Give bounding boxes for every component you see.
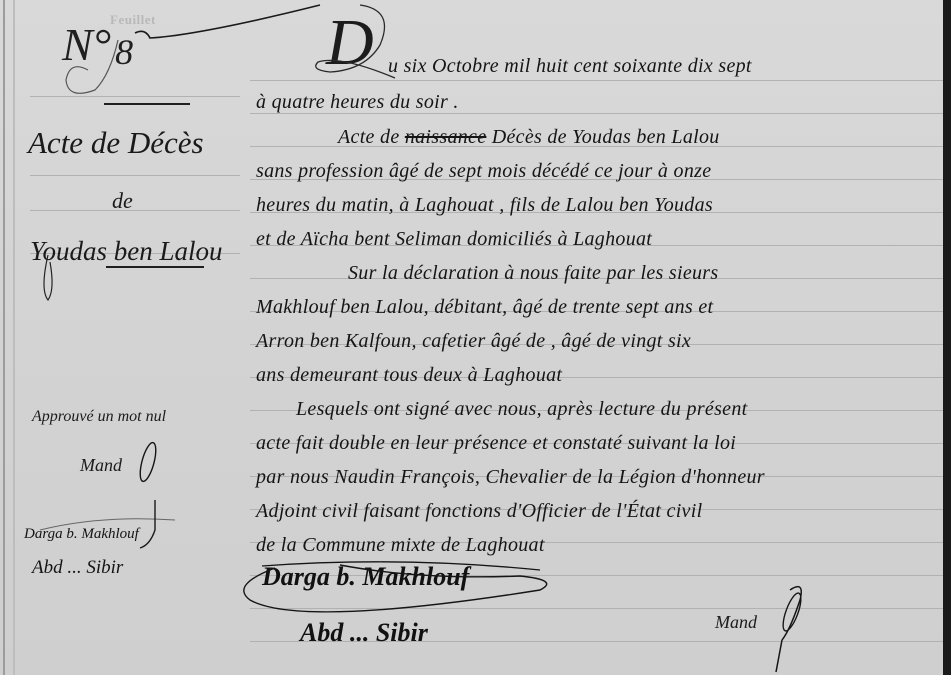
body-line: et de Aïcha bent Seliman domiciliés à La… <box>256 228 652 251</box>
witness-signature: Darga b. Makhlouf <box>262 562 469 592</box>
margin-deceased-name: Youdas ben Lalou <box>30 236 223 267</box>
margin-approval-note: Approuvé un mot nul <box>32 408 166 426</box>
drop-initial: D <box>326 10 374 76</box>
ruled-line <box>30 210 240 211</box>
binding-line <box>13 0 15 675</box>
entry-number-value: 8 <box>115 32 133 72</box>
margin-paraph: Mand <box>80 455 122 476</box>
entry-number-label: N° <box>62 19 111 70</box>
body-line: Arron ben Kalfoun, cafetier âgé de , âgé… <box>256 330 691 353</box>
margin-title: Acte de Décès <box>28 125 204 161</box>
body-line: heures du matin, à Laghouat , fils de La… <box>256 194 713 217</box>
body-line: ans demeurant tous deux à Laghouat <box>256 364 562 387</box>
entry-number: N°8 <box>62 22 133 68</box>
number-flourish <box>135 5 320 38</box>
paraph-stroke <box>776 587 801 672</box>
binding-line <box>3 0 5 675</box>
body-line: à quatre heures du soir . <box>256 91 459 114</box>
margin-witness-signature: Darga b. Makhlouf <box>24 526 139 543</box>
ruled-line <box>30 96 240 97</box>
body-line: par nous Naudin François, Chevalier de l… <box>256 466 765 489</box>
paraph-oval <box>137 441 159 483</box>
margin-signature-stroke <box>140 500 155 548</box>
body-line: Adjoint civil faisant fonctions d'Offici… <box>256 500 702 523</box>
margin-witness-signature: Abd ... Sibir <box>32 557 123 579</box>
ruled-line <box>30 175 240 176</box>
body-line: Acte de naissance Décès de Youdas ben La… <box>338 126 720 149</box>
body-line: Sur la déclaration à nous faite par les … <box>348 262 718 285</box>
body-line: de la Commune mixte de Laghouat <box>256 534 545 557</box>
officer-paraph: Mand <box>715 612 757 633</box>
margin-title-de: de <box>112 188 133 214</box>
witness-signature: Abd ... Sibir <box>300 618 428 648</box>
struck-word: naissance <box>405 126 487 148</box>
body-line: Makhlouf ben Lalou, débitant, âgé de tre… <box>256 296 713 319</box>
document-page: Feuillet N°8 Acte de Décès de Youdas ben… <box>0 0 951 675</box>
page-edge-shadow <box>943 0 951 675</box>
body-line: acte fait double en leur présence et con… <box>256 432 736 455</box>
margin-name-underline <box>106 266 204 268</box>
body-line: u six Octobre mil huit cent soixante dix… <box>388 55 752 78</box>
entry-number-underline <box>104 103 190 105</box>
body-line: sans profession âgé de sept mois décédé … <box>256 160 711 183</box>
body-text: Décès de Youdas ben Lalou <box>492 126 720 148</box>
body-text: Acte de <box>338 126 400 148</box>
paraph-oval <box>780 591 805 633</box>
ruled-line <box>250 608 943 609</box>
ruled-line <box>250 80 943 81</box>
body-line: Lesquels ont signé avec nous, après lect… <box>296 398 748 421</box>
